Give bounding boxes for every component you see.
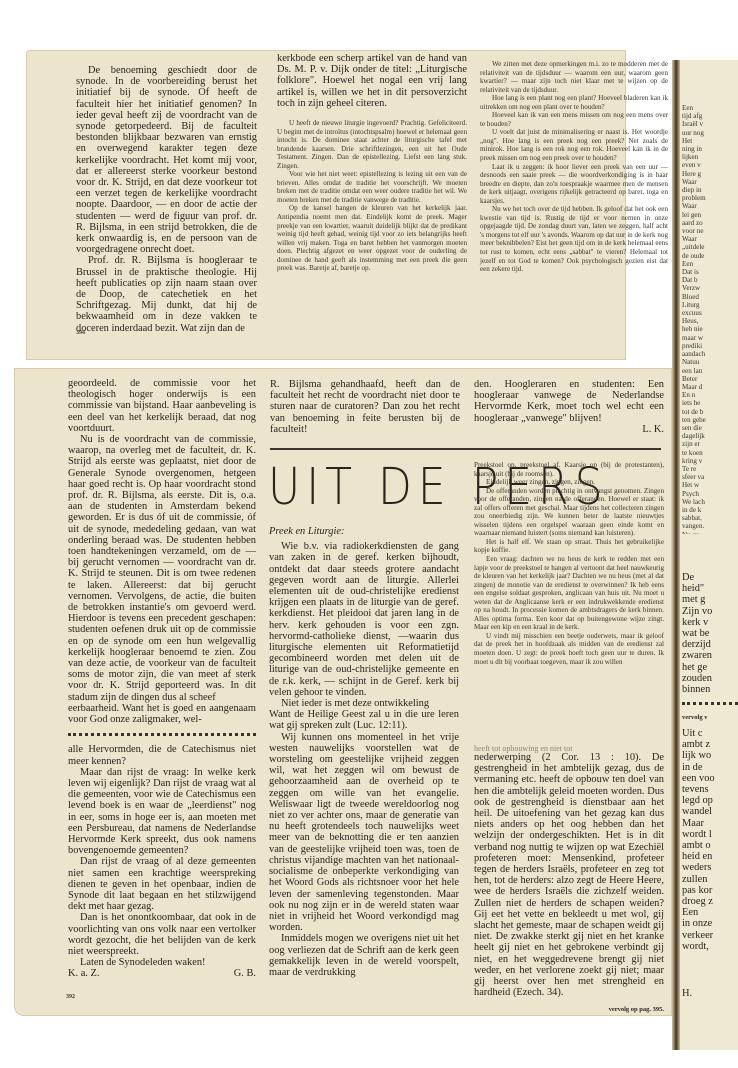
strip-line: heid en <box>682 851 738 862</box>
strip-line: En n <box>682 391 738 399</box>
overlap-line: Want de Heilige Geest zal u in die ure l… <box>269 709 459 731</box>
strip-line: De <box>682 572 738 583</box>
strip-line: een voo <box>682 773 738 784</box>
paragraph: De offeranden worden plechtig in ontvang… <box>474 487 664 538</box>
strip-line: Een <box>682 104 738 112</box>
strip-line: met g <box>682 594 738 605</box>
strip-line: te koen <box>682 449 738 457</box>
strip-line: Een <box>682 260 738 268</box>
strip-line: Here g <box>682 170 738 178</box>
strip-line: in de k <box>682 506 738 514</box>
strip-line: heb nie <box>682 325 738 333</box>
right-strip-after: Uit cambt zlijk woin deeen vootevenslegd… <box>682 728 738 968</box>
strip-line: diep in <box>682 186 738 194</box>
paragraph: U voelt dat juist de minimalisering er n… <box>480 128 668 162</box>
paragraph: Wie b.v. via radiokerkdiensten de gang v… <box>269 541 459 698</box>
strip-line: Waar <box>682 178 738 186</box>
strip-line: dagelijk <box>682 432 738 440</box>
strip-line: Nu ga <box>682 531 738 534</box>
article-heading: Preek en Liturgie: <box>269 526 459 537</box>
signature: H. <box>682 988 692 999</box>
strip-line: prediki <box>682 342 738 350</box>
paragraph: Dan is het onontkoombaar, dat ook in de … <box>68 912 256 957</box>
strip-line: sfeer va <box>682 473 738 481</box>
strip-line: zullen <box>682 874 738 885</box>
paragraph: Eindelijk weer zingen, zingen, zingen. <box>474 478 664 487</box>
right-strip-lines: Eentijd afgIsraël vuur nogHetning inlijk… <box>682 104 738 534</box>
strip-line: ten gebe <box>682 416 738 424</box>
paragraph: Dan rijst de vraag of al deze gemeenten … <box>68 856 256 912</box>
bottom-left-column: geoordeeld. de commissie voor het theolo… <box>68 378 256 980</box>
right-strip-lines: Uit cambt zlijk woin deeen vootevenslegd… <box>682 728 738 952</box>
strip-line: vangen. <box>682 522 738 530</box>
strip-line: sen die <box>682 424 738 432</box>
quote-column: Preekstoel op, preekstoel af. Kaarsje op… <box>474 461 664 666</box>
strip-line: Maar <box>682 818 738 829</box>
strip-line: heid" <box>682 583 738 594</box>
strip-line: Het <box>682 137 738 145</box>
strip-line: tot de b <box>682 408 738 416</box>
paragraph: Wij kunnen ons momenteel in het vrije we… <box>269 732 459 934</box>
strip-line: Psych <box>682 490 738 498</box>
strip-line: lei gen <box>682 211 738 219</box>
intro-paragraph: kerkbode een scherp artikel van de hand … <box>277 53 467 109</box>
strip-line: zwaren <box>682 650 738 661</box>
strip-line: „uitdele <box>682 243 738 251</box>
strip-line: Te re <box>682 465 738 473</box>
strip-line: excuus <box>682 309 738 317</box>
strip-line: aandach <box>682 350 738 358</box>
paragraph: U heeft de nieuwe liturgie ingevoerd? Pr… <box>277 119 467 170</box>
bottom-right-top: den. Hoogleraren en studenten: Een hoogl… <box>474 379 664 435</box>
paragraph: Op de kansel hangen de kleuren van het k… <box>277 204 467 272</box>
top-left-column: De benoeming geschiedt door de synode. I… <box>76 65 257 334</box>
strip-line: Verzw <box>682 284 738 292</box>
strip-line: Natuu <box>682 358 738 366</box>
overlap-line: eerbaarheid. Want het is goed en aangena… <box>68 703 256 725</box>
top-middle-column: kerkbode een scherp artikel van de hand … <box>277 53 467 273</box>
strip-line: Liturg <box>682 301 738 309</box>
paragraph: geoordeeld. de commissie voor het theolo… <box>68 378 256 434</box>
strip-line: tevens <box>682 784 738 795</box>
paragraph: Laat ik u zeggen: ik hoor liever een pre… <box>480 163 668 206</box>
strip-line: Uit c <box>682 728 738 739</box>
strip-line: Het w <box>682 481 738 489</box>
strip-line: derzijd <box>682 639 738 650</box>
strip-line: verkeer <box>682 930 738 941</box>
strip-line: maar w <box>682 334 738 342</box>
strip-line: even v <box>682 161 738 169</box>
strip-line: ambt z <box>682 739 738 750</box>
paragraph: Laten de Synodeleden waken! <box>68 957 256 968</box>
strip-line: lijken <box>682 153 738 161</box>
strip-line: tijd afg <box>682 112 738 120</box>
paragraph: Hoe lang is een plant nog een plant? Hoe… <box>480 94 668 111</box>
separator-dots <box>68 733 256 736</box>
right-strip-continued: vervolg v <box>682 714 738 726</box>
strip-line: de oude <box>682 252 738 260</box>
paragraph: Hoeveel kan ik van een mens missen om no… <box>480 111 668 128</box>
continued-note: vervolg op pag. 395. <box>474 1004 664 1015</box>
strip-line: Dat is <box>682 268 738 276</box>
strip-line: We lach <box>682 498 738 506</box>
strip-line: zouden <box>682 673 738 684</box>
strip-line: legd op <box>682 795 738 806</box>
strip-line: weders <box>682 862 738 873</box>
continued-label: vervolg v <box>682 714 707 721</box>
section-rule <box>270 448 661 450</box>
strip-line: in de <box>682 762 738 773</box>
strip-line: ambt o <box>682 840 738 851</box>
strip-line: Een <box>682 907 738 918</box>
page-number: 394 <box>76 330 85 336</box>
strip-line: zijn er <box>682 440 738 448</box>
right-strip-top: Eentijd afgIsraël vuur nogHetning inlijk… <box>682 104 738 534</box>
strip-line: het ge <box>682 662 738 673</box>
paragraph: R. Bijlsma gehandhaafd, heeft dan de fac… <box>270 379 460 435</box>
page-number: 392 <box>66 994 75 1000</box>
paragraph: We zitten met deze opmerkingen m.i. zo t… <box>480 60 668 94</box>
strip-line: lijk wo <box>682 750 738 761</box>
strip-line: kerk v <box>682 617 738 628</box>
strip-line: Heus, <box>682 317 738 325</box>
top-right-column: We zitten met deze opmerkingen m.i. zo t… <box>480 60 668 274</box>
signature-row: K. a. Z. G. B. <box>68 968 256 979</box>
right-strip-signature: H. <box>682 988 738 1002</box>
article-column: Preek en Liturgie: Wie b.v. via radioker… <box>269 526 459 978</box>
strip-line: Waar <box>682 202 738 210</box>
strip-line: aard zo <box>682 219 738 227</box>
paragraph: U vindt mij misschien een beetje ouderwe… <box>474 632 664 666</box>
paragraph: Niet ieder is met deze ontwikkeling <box>269 698 459 709</box>
paragraph: Preekstoel op, preekstoel af. Kaarsje op… <box>474 461 664 478</box>
separator-dots <box>682 702 738 705</box>
paragraph: den. Hoogleraren en studenten: Een hoogl… <box>474 379 664 424</box>
strip-line: wandel <box>682 806 738 817</box>
strip-line: een lan <box>682 367 738 375</box>
quote-column-continued: heeft tot opbouwing en niet tot nederwer… <box>474 746 664 1016</box>
paragraph: Voor wie het niet weet: epistellezing is… <box>277 170 467 204</box>
signature: L. K. <box>474 424 664 435</box>
strip-line: wordt, <box>682 941 738 952</box>
strip-line: binnen <box>682 684 738 692</box>
paragraph: Een vraag: dachten we nu heus de kerk te… <box>474 555 664 632</box>
strip-line: Israël v <box>682 120 738 128</box>
page-fold <box>672 60 680 1050</box>
strip-line: voor ne <box>682 227 738 235</box>
strip-line: wat be <box>682 628 738 639</box>
strip-line: uur nog <box>682 129 738 137</box>
paragraph: Nu we het toch over de tijd hebben. Ik g… <box>480 205 668 273</box>
bottom-middle-top: R. Bijlsma gehandhaafd, heeft dan de fac… <box>270 379 460 435</box>
strip-line: problem <box>682 194 738 202</box>
strip-line: kring v <box>682 457 738 465</box>
strip-line: pas kor <box>682 885 738 896</box>
overlap-line: heeft tot opbouwing en niet tot <box>474 746 664 752</box>
strip-line: Zijn vo <box>682 606 738 617</box>
paragraph: De benoeming geschiedt door de synode. I… <box>76 65 257 255</box>
strip-line: sabbat, <box>682 514 738 522</box>
strip-line: wordt l <box>682 829 738 840</box>
strip-line: ning in <box>682 145 738 153</box>
strip-line: Dat b <box>682 276 738 284</box>
right-strip-bottom: Deheid"met gZijn vokerk vwat bederzijdzw… <box>682 572 738 692</box>
paragraph: Prof. dr. R. Bijlsma is hoogleraar te Br… <box>76 255 257 333</box>
paragraph: nederwerping (2 Cor. 13 : 10). De gestre… <box>474 752 664 998</box>
strip-line: Beter <box>682 375 738 383</box>
strip-line: Bloed <box>682 293 738 301</box>
signature-right: G. B. <box>234 968 256 979</box>
paragraph: Het is half elf. We staan op straat. Thu… <box>474 538 664 555</box>
signature-left: K. a. Z. <box>68 968 99 979</box>
paragraph: Inmiddels mogen we overigens niet uit he… <box>269 933 459 978</box>
strip-line: droeg z <box>682 896 738 907</box>
quoted-text: U heeft de nieuwe liturgie ingevoerd? Pr… <box>277 119 467 273</box>
strip-line: Maar d <box>682 383 738 391</box>
paragraph: Maar dan rijst de vraag: In welke kerk l… <box>68 767 256 857</box>
strip-line: iets he <box>682 399 738 407</box>
right-strip-lines: Deheid"met gZijn vokerk vwat bederzijdzw… <box>682 572 738 692</box>
strip-line: Waar <box>682 235 738 243</box>
paragraph: Nu is de voordracht van de commissie, wa… <box>68 434 256 703</box>
paragraph: alle Hervormden, die de Catechismus niet… <box>68 744 256 766</box>
strip-line: in onze <box>682 918 738 929</box>
